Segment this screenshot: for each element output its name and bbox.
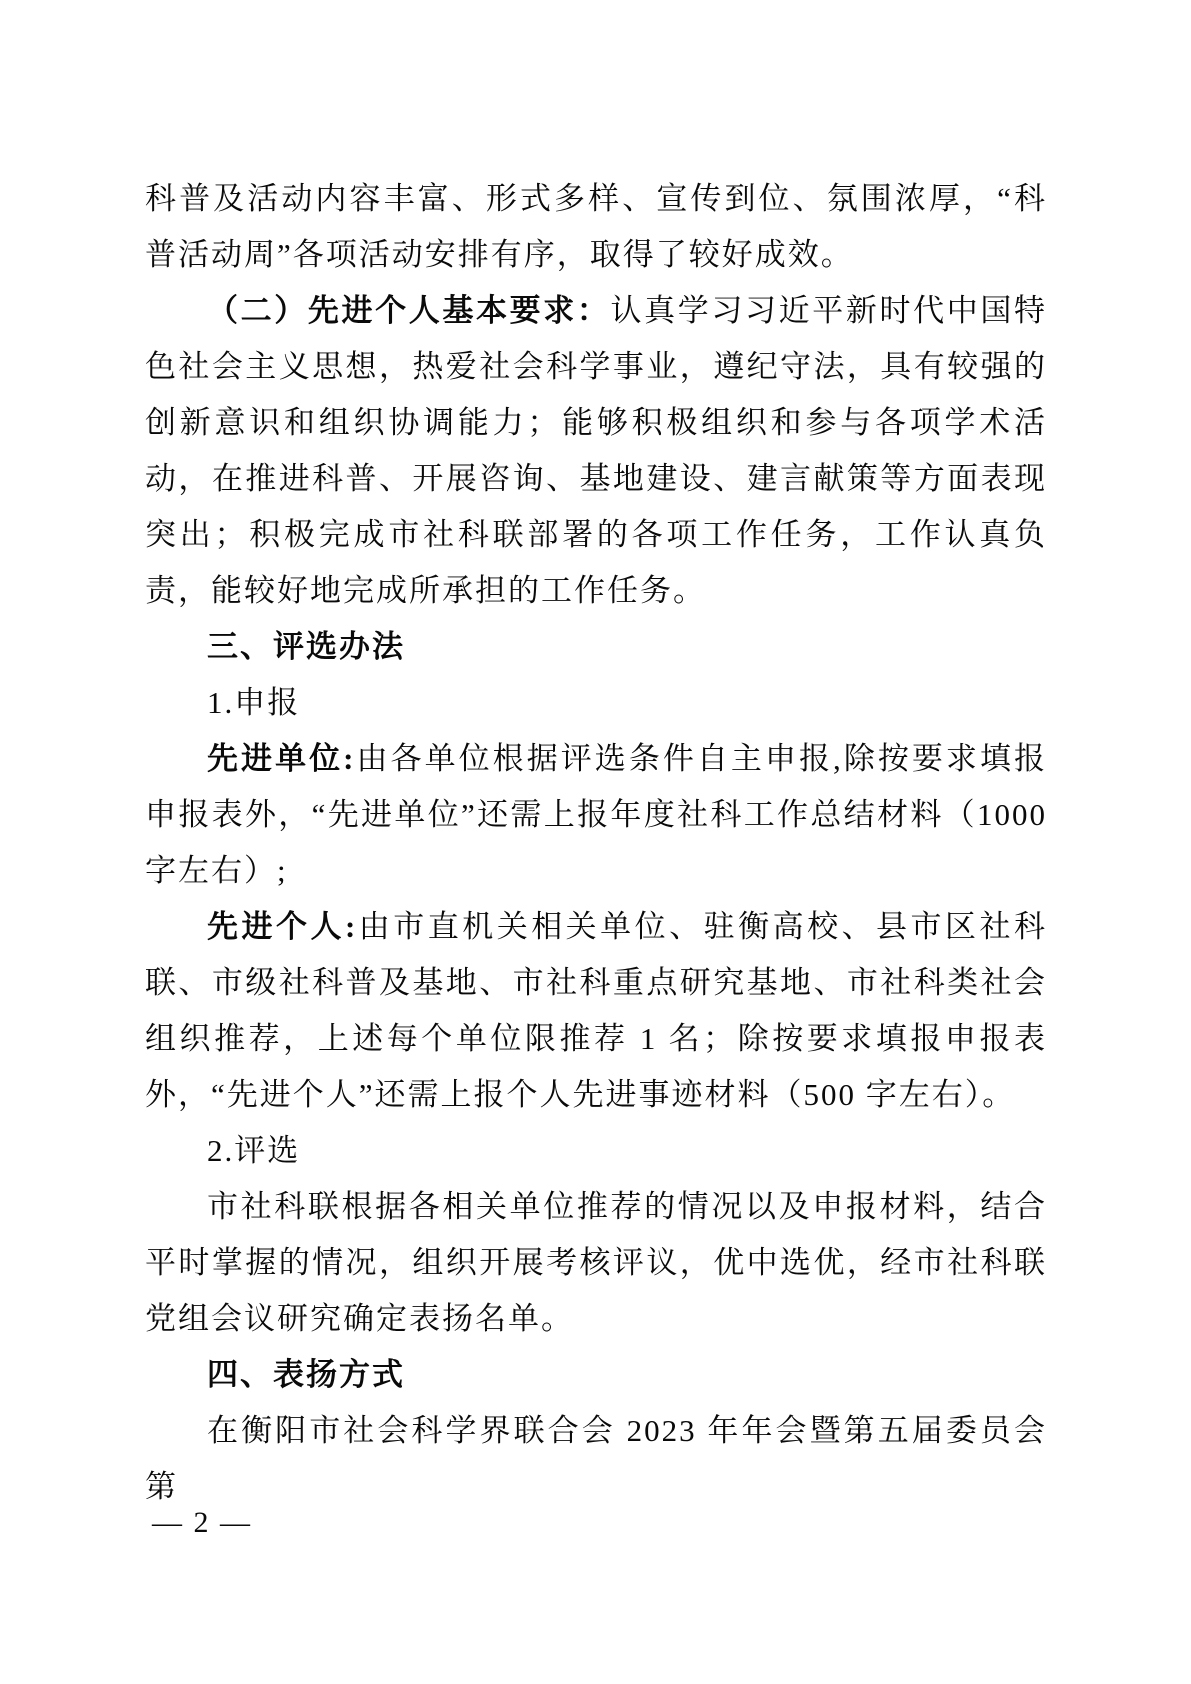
paragraph-advanced-unit-declaration: 先进单位:由各单位根据评选条件自主申报,除按要求填报申报表外，“先进单位”还需上… [145, 731, 1047, 899]
paragraph-popularization-summary: 科普及活动内容丰富、形式多样、宣传到位、氛围浓厚，“科普活动周”各项活动安排有序… [145, 171, 1047, 283]
paragraph-lead: 先进单位: [207, 741, 355, 776]
section-heading-selection-method: 三、评选办法 [145, 619, 1047, 675]
section-heading-commendation-method: 四、表扬方式 [145, 1347, 1047, 1403]
document-body: 科普及活动内容丰富、形式多样、宣传到位、氛围浓厚，“科普活动周”各项活动安排有序… [145, 171, 1047, 1515]
paragraph-item-declaration: 1.申报 [145, 675, 1047, 731]
paragraph-commendation-venue: 在衡阳市社会科学界联合会 2023 年年会暨第五届委员会第 [145, 1403, 1047, 1515]
document-page: 科普及活动内容丰富、形式多样、宣传到位、氛围浓厚，“科普活动周”各项活动安排有序… [0, 0, 1191, 1684]
paragraph-advanced-individual-declaration: 先进个人:由市直机关相关单位、驻衡高校、县市区社科联、市级社科普及基地、市社科重… [145, 899, 1047, 1123]
paragraph-lead: 先进个人: [207, 909, 357, 944]
paragraph-advanced-individual-requirements: （二）先进个人基本要求：认真学习习近平新时代中国特色社会主义思想，热爱社会科学事… [145, 283, 1047, 619]
page-number: — 2 — [152, 1506, 252, 1540]
paragraph-selection-process: 市社科联根据各相关单位推荐的情况以及申报材料，结合平时掌握的情况，组织开展考核评… [145, 1179, 1047, 1347]
paragraph-lead: （二）先进个人基本要求： [207, 293, 611, 328]
paragraph-item-selection: 2.评选 [145, 1123, 1047, 1179]
